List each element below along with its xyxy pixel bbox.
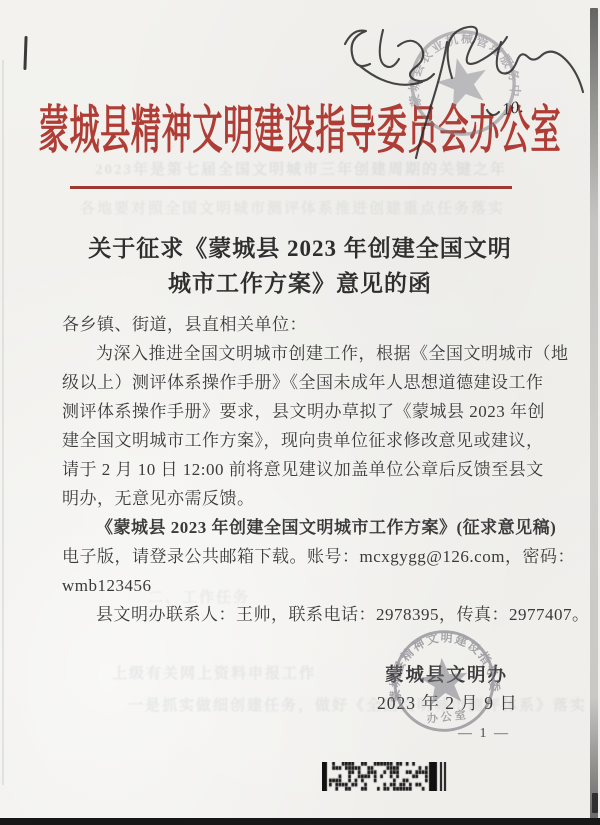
handwritten-signature (416, 42, 447, 158)
document-page: 2023年是第七届全国文明城市三年创建周期的关键之年各地要对照全国文明城市测评体… (0, 0, 600, 825)
handwritten-note (345, 31, 370, 66)
handwritten-note (398, 41, 434, 81)
handwritten-date: 10. (501, 97, 525, 119)
handwritten-date-tick (487, 110, 499, 115)
handwriting-layer: 10. (0, 0, 600, 825)
handwritten-signature (497, 42, 583, 92)
handwritten-note (380, 30, 399, 67)
